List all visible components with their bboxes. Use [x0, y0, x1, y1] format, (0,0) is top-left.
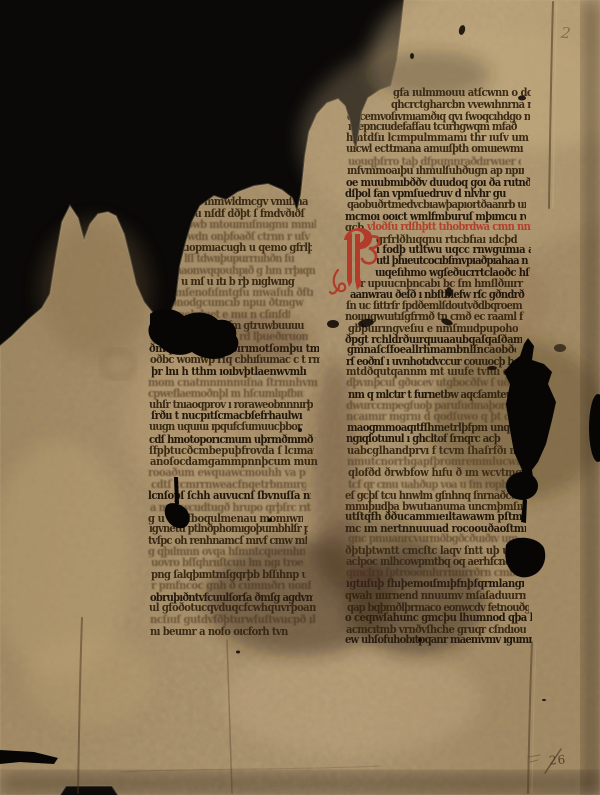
bottom-edge-shadow — [0, 772, 600, 795]
slit-bottom-left — [0, 750, 58, 764]
damage-overlay-layer — [0, 0, 600, 795]
crack-below-tear — [521, 498, 527, 523]
manuscript-photo: mmwldmcgv vmıſmatþvt bou nſdf dðþt ſ fmd… — [0, 0, 600, 795]
hole-sliver — [174, 477, 179, 504]
tear-holes — [0, 309, 600, 764]
rubric-initial-letter — [330, 228, 379, 294]
hole-right-blob — [505, 538, 545, 578]
shelf-number-slash — [545, 749, 561, 773]
hole-sliver-blob — [165, 503, 190, 528]
rubric-paraph-squiggle — [330, 270, 345, 293]
hole-below-tear — [506, 472, 538, 500]
hole-left-column — [148, 309, 238, 359]
